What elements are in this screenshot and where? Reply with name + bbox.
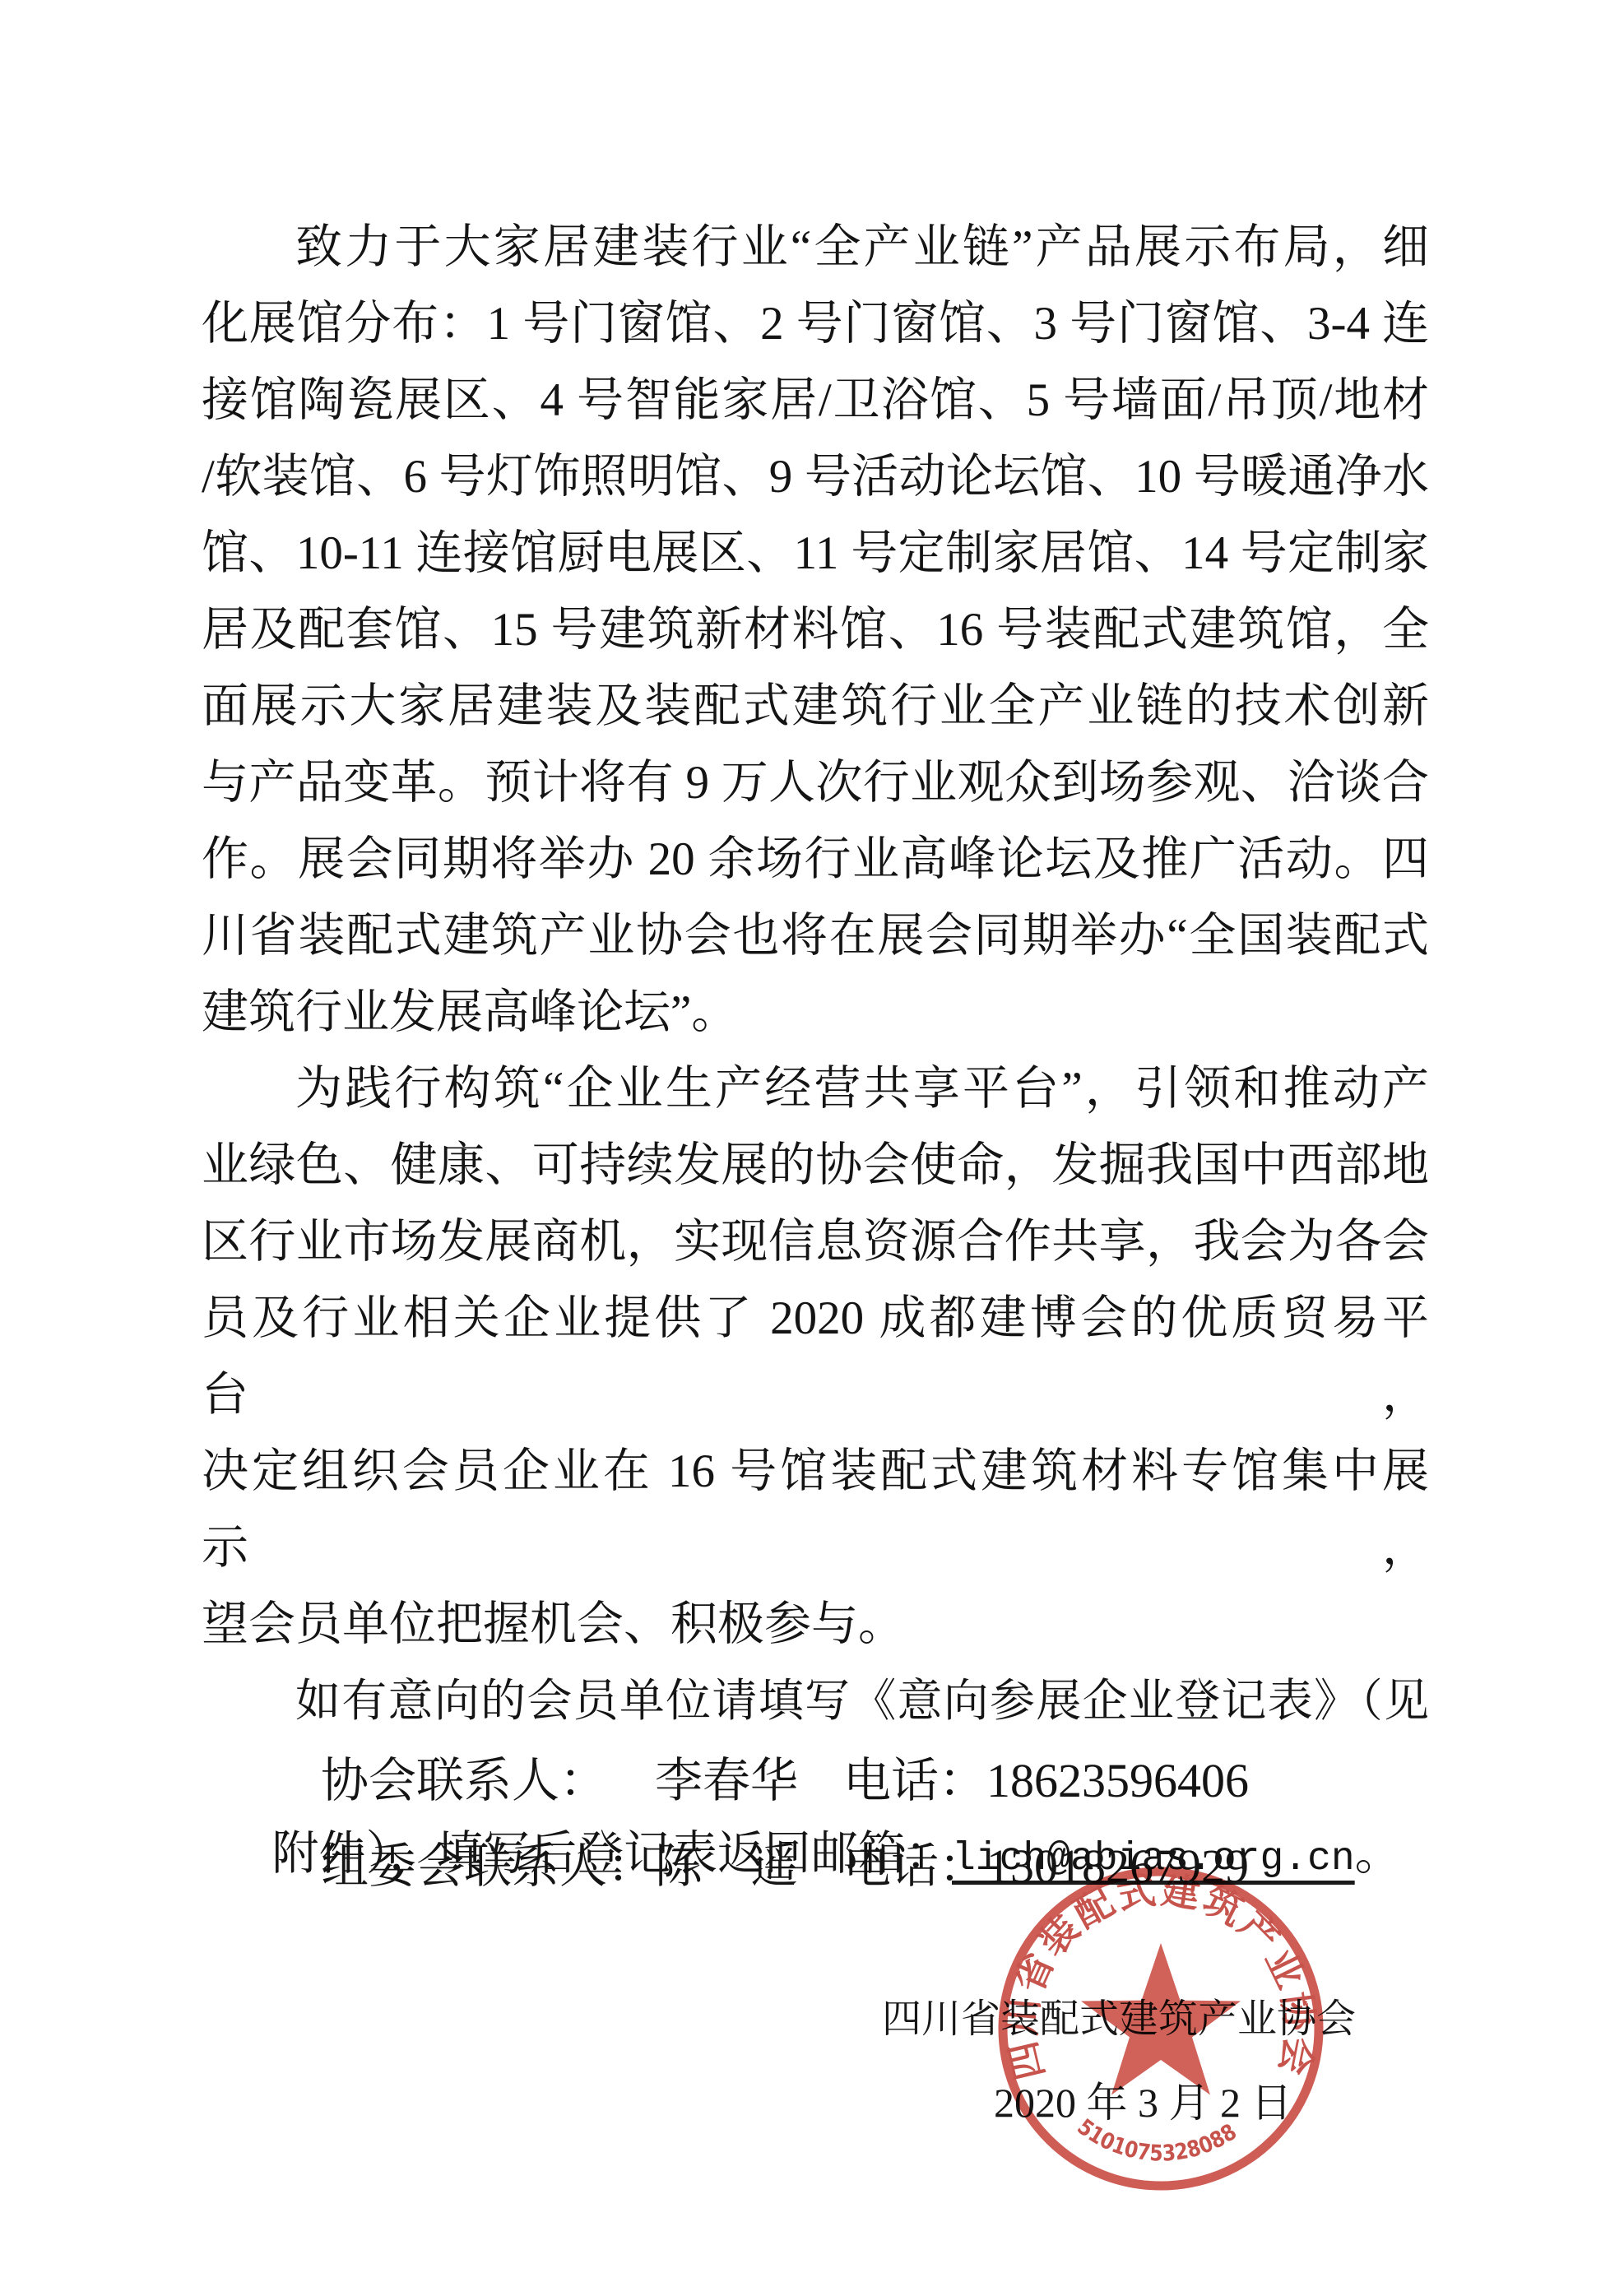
contact-name: 陈 遥 xyxy=(655,1839,798,1893)
body-line: 化展馆分布：1 号门窗馆、2 号门窗馆、3 号门窗馆、3-4 连 xyxy=(202,285,1429,362)
contact-association: 协会联系人：李春华 xyxy=(321,1752,798,1810)
document-page: 致力于大家居建装行业“全产业链”产品展示布局，细 化展馆分布：1 号门窗馆、2 … xyxy=(0,0,1624,2296)
phone-label: 电话： xyxy=(843,1754,986,1807)
star-icon xyxy=(1081,1943,1241,2095)
body-line: 作。展会同期将举办 20 余场行业高峰论坛及推广活动。四 xyxy=(202,821,1429,898)
email-line-suffix: 。 xyxy=(1355,1828,1402,1880)
contact-name: 李春华 xyxy=(655,1754,798,1807)
body-line: 决定组织会员企业在 16 号馆装配式建筑材料专馆集中展示， xyxy=(202,1433,1429,1586)
body-line: 区行业市场发展商机，实现信息资源合作共享，我会为各会 xyxy=(202,1204,1429,1280)
contact-phone: 电话：18623596406 xyxy=(843,1752,1249,1810)
contact-label: 组委会联系人： xyxy=(321,1839,655,1893)
body-line: 如有意向的会员单位请填写《意向参展企业登记表》（见 xyxy=(202,1663,1429,1739)
contact-committee: 组委会联系人：陈 遥 xyxy=(321,1838,798,1895)
body-line: 与产品变革。预计将有 9 万人次行业观众到场参观、洽谈合 xyxy=(202,744,1429,821)
body-line: 居及配套馆、15 号建筑新材料馆、16 号装配式建筑馆，全 xyxy=(202,591,1429,668)
stamp-serial-arc-text: 5101075328088 xyxy=(1073,2114,1241,2167)
phone-number: 18623596406 xyxy=(986,1754,1249,1807)
body-line: 面展示大家居建装及装配式建筑行业全产业链的技术创新 xyxy=(202,668,1429,744)
letter-body: 致力于大家居建装行业“全产业链”产品展示布局，细 化展馆分布：1 号门窗馆、2 … xyxy=(202,209,1429,1974)
body-line: 馆、10-11 连接馆厨电展区、11 号定制家居馆、14 号定制家 xyxy=(202,515,1429,591)
body-line: 建筑行业发展高峰论坛”。 xyxy=(202,974,1429,1051)
body-line: 望会员单位把握机会、积极参与。 xyxy=(202,1586,1429,1663)
body-line: 接馆陶瓷展区、4 号智能家居/卫浴馆、5 号墙面/吊顶/地材 xyxy=(202,362,1429,438)
contact-label: 协会联系人： xyxy=(321,1754,607,1807)
official-seal-stamp: 四川省装配式建筑产业协会 5101075328088 xyxy=(994,1862,1328,2195)
body-line: 业绿色、健康、可持续发展的协会使命，发掘我国中西部地 xyxy=(202,1127,1429,1204)
body-line: 川省装配式建筑产业协会也将在展会同期举办“全国装配式 xyxy=(202,898,1429,974)
phone-label: 电话： xyxy=(843,1839,986,1893)
body-line: /软装馆、6 号灯饰照明馆、9 号活动论坛馆、10 号暖通净水 xyxy=(202,438,1429,515)
body-line: 为践行构筑“企业生产经营共享平台”，引领和推动产 xyxy=(202,1051,1429,1127)
body-line: 员及行业相关企业提供了 2020 成都建博会的优质贸易平台， xyxy=(202,1280,1429,1433)
body-line: 致力于大家居建装行业“全产业链”产品展示布局，细 xyxy=(202,209,1429,285)
